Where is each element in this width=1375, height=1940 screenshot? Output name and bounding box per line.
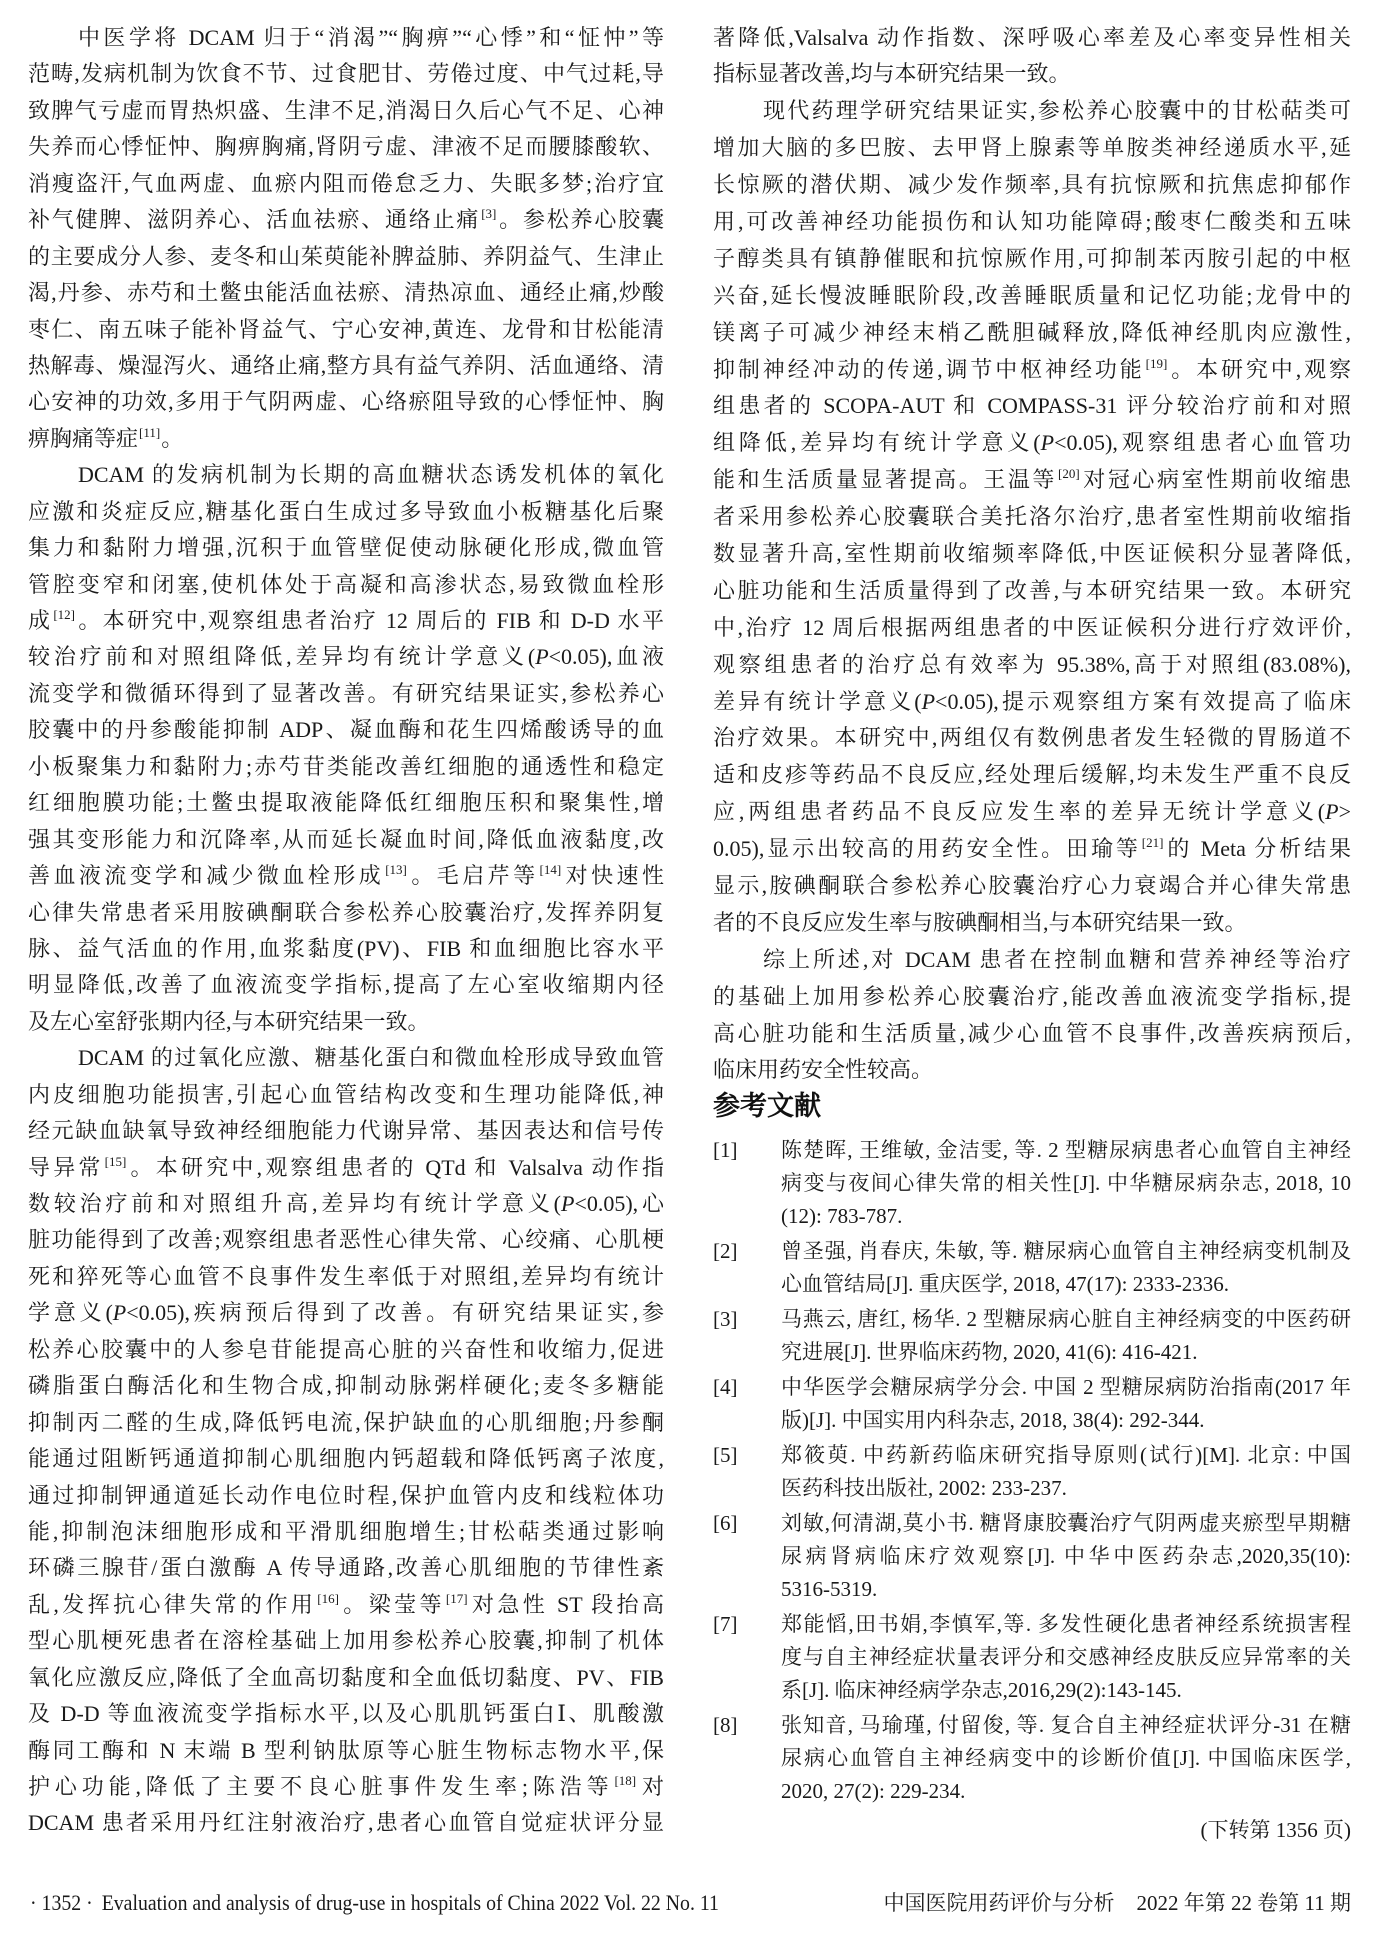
text-line: 热解毒、燥湿泻火、通络止痛,整方具有益气养阴、活血通络、清 <box>28 348 664 384</box>
text-line: 强其变形能力和沉降率,从而延长凝血时间,降低血液黏度,改 <box>28 822 664 858</box>
text-line: 善血液流变学和减少微血栓形成[13]。毛启芹等[14]对快速性 <box>28 858 664 894</box>
text-line: 中医学将 DCAM 归于“消渴”“胸痹”“心悸”和“怔忡”等 <box>28 20 664 56</box>
reference-line: 刘敏,何清湖,莫小书. 糖肾康胶囊治疗气阴两虚夹瘀型早期糖 <box>781 1507 1351 1540</box>
text-line: 失养而心悸怔忡、胸痹胸痛,肾阴亏虚、津液不足而腰膝酸软、 <box>28 129 664 165</box>
reference-item: [7]郑能慆,田书娟,李慎军,等. 多发性硬化患者神经系统损害程度与自主神经症状… <box>713 1608 1351 1707</box>
text-line: 心安神的功效,多用于气阴两虚、心络瘀阻导致的心悸怔忡、胸 <box>28 384 664 420</box>
reference-line: 病变与夜间心律失常的相关性[J]. 中华糖尿病杂志, 2018, 10 <box>781 1167 1351 1200</box>
reference-line: 医药科技出版社, 2002: 233-237. <box>781 1472 1351 1505</box>
text-line: 指标显著改善,均与本研究结果一致。 <box>713 56 1351 93</box>
reference-text: 郑能慆,田书娟,李慎军,等. 多发性硬化患者神经系统损害程度与自主神经症状量表评… <box>781 1608 1351 1707</box>
text-line: 现代药理学研究结果证实,参松养心胶囊中的甘松萜类可 <box>713 93 1351 130</box>
reference-item: [6]刘敏,何清湖,莫小书. 糖肾康胶囊治疗气阴两虚夹瘀型早期糖尿病肾病临床疗效… <box>713 1507 1351 1606</box>
text-line: 能通过阻断钙通道抑制心肌细胞内钙超载和降低钙离子浓度, <box>28 1441 664 1477</box>
text-line: 长惊厥的潜伏期、减少发作频率,具有抗惊厥和抗焦虑抑郁作 <box>713 167 1351 204</box>
reference-label: [3] <box>713 1303 738 1336</box>
citation-superscript: [16] <box>317 1591 339 1606</box>
reference-line: 马燕云, 唐红, 杨华. 2 型糖尿病心脏自主神经病变的中医药研 <box>781 1303 1351 1336</box>
citation-superscript: [19] <box>1146 356 1168 371</box>
text-line: 集力和黏附力增强,沉积于血管壁促使动脉硬化形成,微血管 <box>28 530 664 566</box>
reference-line: 郑筱萸. 中药新药临床研究指导原则(试行)[M]. 北京: 中国 <box>781 1439 1351 1472</box>
text-line: 观察组患者的治疗总有效率为 95.38%,高于对照组(83.08%), <box>713 647 1351 684</box>
text-line: 及左心室舒张期内径,与本研究结果一致。 <box>28 1004 664 1040</box>
reference-item: [8]张知音, 马瑜瑾, 付留俊, 等. 复合自主神经症状评分-31 在糖尿病心… <box>713 1709 1351 1808</box>
citation-superscript: [20] <box>1058 466 1080 481</box>
italic-variable: P <box>1041 430 1054 455</box>
text-line: 综上所述,对 DCAM 患者在控制血糖和营养神经等治疗 <box>713 942 1351 979</box>
reference-item: [4]中华医学会糖尿病学分会. 中国 2 型糖尿病防治指南(2017 年版)[J… <box>713 1371 1351 1437</box>
italic-variable: P <box>922 689 935 714</box>
citation-superscript: [12] <box>53 607 75 622</box>
paragraph: DCAM 的发病机制为长期的高血糖状态诱发机体的氧化应激和炎症反应,糖基化蛋白生… <box>28 457 664 1040</box>
text-line: 学意义(P<0.05),疾病预后得到了改善。有研究结果证实,参 <box>28 1295 664 1331</box>
footer-right: 中国医院用药评价与分析2022 年第 22 卷第 11 期 <box>884 1889 1351 1917</box>
text-line: 数显著升高,室性期前收缩频率降低,中医证候积分显著降低, <box>713 536 1351 573</box>
paragraph: 现代药理学研究结果证实,参松养心胶囊中的甘松萜类可增加大脑的多巴胺、去甲肾上腺素… <box>713 93 1351 941</box>
reference-line: 系[J]. 临床神经病学杂志,2016,29(2):143-145. <box>781 1674 1351 1707</box>
reference-line: 郑能慆,田书娟,李慎军,等. 多发性硬化患者神经系统损害程 <box>781 1608 1351 1641</box>
reference-line: 2020, 27(2): 229-234. <box>781 1775 1351 1808</box>
reference-item: [5]郑筱萸. 中药新药临床研究指导原则(试行)[M]. 北京: 中国医药科技出… <box>713 1439 1351 1505</box>
reference-line: 张知音, 马瑜瑾, 付留俊, 等. 复合自主神经症状评分-31 在糖 <box>781 1709 1351 1742</box>
reference-label: [8] <box>713 1709 738 1742</box>
right-column: 著降低,Valsalva 动作指数、深呼吸心率差及心率变异性相关指标显著改善,均… <box>713 20 1351 1090</box>
reference-text: 张知音, 马瑜瑾, 付留俊, 等. 复合自主神经症状评分-31 在糖尿病心血管自… <box>781 1709 1351 1808</box>
left-column: 中医学将 DCAM 归于“消渴”“胸痹”“心悸”和“怔忡”等范畴,发病机制为饮食… <box>28 20 664 1842</box>
text-line: 经元缺血缺氧导致神经细胞能力代谢异常、基因表达和信号传 <box>28 1113 664 1149</box>
text-line: 临床用药安全性较高。 <box>713 1052 1351 1089</box>
reference-text: 刘敏,何清湖,莫小书. 糖肾康胶囊治疗气阴两虚夹瘀型早期糖尿病肾病临床疗效观察[… <box>781 1507 1351 1606</box>
text-line: DCAM 的过氧化应激、糖基化蛋白和微血栓形成导致血管 <box>28 1040 664 1076</box>
citation-superscript: [21] <box>1142 835 1164 850</box>
text-line: 脉、益气活血的作用,血浆黏度(PV)、FIB 和血细胞比容水平 <box>28 931 664 967</box>
text-line: 用,可改善神经功能损伤和认知功能障碍;酸枣仁酸类和五味 <box>713 204 1351 241</box>
text-line: 氧化应激反应,降低了全血高切黏度和全血低切黏度、PV、FIB <box>28 1660 664 1696</box>
text-line: 应,两组患者药品不良反应发生率的差异无统计学意义(P> <box>713 794 1351 831</box>
text-line: 数较治疗前和对照组升高,差异均有统计学意义(P<0.05),心 <box>28 1186 664 1222</box>
text-line: 枣仁、南五味子能补肾益气、宁心安神,黄连、龙骨和甘松能清 <box>28 312 664 348</box>
text-line: 心脏功能和生活质量得到了改善,与本研究结果一致。本研究 <box>713 573 1351 610</box>
italic-variable: P <box>561 1191 574 1216</box>
text-line: 显示,胺碘酮联合参松养心胶囊治疗心力衰竭合并心律失常患 <box>713 868 1351 905</box>
reference-item: [3]马燕云, 唐红, 杨华. 2 型糖尿病心脏自主神经病变的中医药研究进展[J… <box>713 1303 1351 1369</box>
text-line: 导异常[15]。本研究中,观察组患者的 QTd 和 Valsalva 动作指 <box>28 1150 664 1186</box>
text-line: 渴,丹参、赤芍和土鳖虫能活血祛瘀、清热凉血、通经止痛,炒酸 <box>28 275 664 311</box>
text-line: 组降低,差异均有统计学意义(P<0.05),观察组患者心血管功 <box>713 425 1351 462</box>
reference-text: 曾圣强, 肖春庆, 朱敏, 等. 糖尿病心血管自主神经病变机制及心血管结局[J]… <box>781 1235 1351 1301</box>
text-line: 抑制神经冲动的传递,调节中枢神经功能[19]。本研究中,观察 <box>713 352 1351 389</box>
reference-line: 心血管结局[J]. 重庆医学, 2018, 47(17): 2333-2336. <box>781 1268 1351 1301</box>
text-line: 通过抑制钾通道延长动作电位时程,保护血管内皮和线粒体功 <box>28 1478 664 1514</box>
text-line: 能和生活质量显著提高。王温等[20]对冠心病室性期前收缩患 <box>713 462 1351 499</box>
text-line: DCAM 患者采用丹红注射液治疗,患者心血管自觉症状评分显 <box>28 1805 664 1841</box>
journal-chinese-title: 中国医院用药评价与分析 <box>884 1891 1115 1915</box>
page-number: · 1352 · <box>30 1890 93 1915</box>
text-line: 小板聚集力和黏附力;赤芍苷类能改善红细胞的通透性和稳定 <box>28 749 664 785</box>
reference-label: [1] <box>713 1134 738 1167</box>
reference-text: 郑筱萸. 中药新药临床研究指导原则(试行)[M]. 北京: 中国医药科技出版社,… <box>781 1439 1351 1505</box>
citation-superscript: [13] <box>385 862 407 877</box>
text-line: 高心脏功能和生活质量,减少心血管不良事件,改善疾病预后, <box>713 1016 1351 1053</box>
text-line: 及 D-D 等血液流变学指标水平,以及心肌肌钙蛋白Ⅰ、肌酸激 <box>28 1696 664 1732</box>
text-line: 兴奋,延长慢波睡眠阶段,改善睡眠质量和记忆功能;龙骨中的 <box>713 278 1351 315</box>
paragraph: 著降低,Valsalva 动作指数、深呼吸心率差及心率变异性相关指标显著改善,均… <box>713 20 1351 94</box>
text-line: 痹胸痛等症[11]。 <box>28 421 664 457</box>
reference-item: [2]曾圣强, 肖春庆, 朱敏, 等. 糖尿病心血管自主神经病变机制及心血管结局… <box>713 1235 1351 1301</box>
reference-label: [4] <box>713 1371 738 1404</box>
reference-line: 5316-5319. <box>781 1573 1351 1606</box>
issue-info: 2022 年第 22 卷第 11 期 <box>1137 1891 1351 1915</box>
text-line: 者采用参松养心胶囊联合美托洛尔治疗,患者室性期前收缩指 <box>713 499 1351 536</box>
text-line: 镁离子可减少神经末梢乙酰胆碱释放,降低神经肌肉应激性, <box>713 315 1351 352</box>
text-line: 适和皮疹等药品不良反应,经处理后缓解,均未发生严重不良反 <box>713 757 1351 794</box>
text-line: 子醇类具有镇静催眠和抗惊厥作用,可抑制苯丙胺引起的中枢 <box>713 241 1351 278</box>
italic-variable: P <box>113 1300 126 1325</box>
reference-line: 中华医学会糖尿病学分会. 中国 2 型糖尿病防治指南(2017 年 <box>781 1371 1351 1404</box>
text-line: 差异有统计学意义(P<0.05),提示观察组方案有效提高了临床 <box>713 684 1351 721</box>
text-line: 成[12]。本研究中,观察组患者治疗 12 周后的 FIB 和 D-D 水平 <box>28 603 664 639</box>
text-line: 乱,发挥抗心律失常的作用[16]。梁莹等[17]对急性 ST 段抬高 <box>28 1587 664 1623</box>
text-line: 红细胞膜功能;土鳖虫提取液能降低红细胞压积和聚集性,增 <box>28 785 664 821</box>
paragraph: 综上所述,对 DCAM 患者在控制血糖和营养神经等治疗的基础上加用参松养心胶囊治… <box>713 942 1351 1090</box>
text-line: 环磷三腺苷/蛋白激酶 A 传导通路,改善心肌细胞的节律性紊 <box>28 1550 664 1586</box>
journal-english-title: Evaluation and analysis of drug-use in h… <box>102 1890 719 1915</box>
citation-superscript: [3] <box>481 206 496 221</box>
references-heading: 参考文献 <box>713 1089 821 1125</box>
references-list: [1]陈楚晖, 王维敏, 金洁雯, 等. 2 型糖尿病患者心血管自主神经病变与夜… <box>713 1134 1351 1810</box>
reference-line: 曾圣强, 肖春庆, 朱敏, 等. 糖尿病心血管自主神经病变机制及 <box>781 1235 1351 1268</box>
text-line: 型心肌梗死患者在溶栓基础上加用参松养心胶囊,抑制了机体 <box>28 1623 664 1659</box>
text-line: 内皮细胞功能损害,引起心血管结构改变和生理功能降低,神 <box>28 1077 664 1113</box>
text-line: 能,抑制泡沫细胞形成和平滑肌细胞增生;甘松萜类通过影响 <box>28 1514 664 1550</box>
footer-left: · 1352 ·Evaluation and analysis of drug-… <box>30 1889 719 1917</box>
citation-superscript: [11] <box>139 425 160 440</box>
text-line: 中,治疗 12 周后根据两组患者的中医证候积分进行疗效评价, <box>713 610 1351 647</box>
citation-superscript: [14] <box>540 862 562 877</box>
paragraph: 中医学将 DCAM 归于“消渴”“胸痹”“心悸”和“怔忡”等范畴,发病机制为饮食… <box>28 20 664 457</box>
text-line: 松养心胶囊中的人参皂苷能提高心脏的兴奋性和收缩力,促进 <box>28 1332 664 1368</box>
text-line: 心律失常患者采用胺碘酮联合参松养心胶囊治疗,发挥养阴复 <box>28 895 664 931</box>
text-line: 死和猝死等心血管不良事件发生率低于对照组,差异均有统计 <box>28 1259 664 1295</box>
text-line: 护心功能,降低了主要不良心脏事件发生率;陈浩等[18]对 <box>28 1769 664 1805</box>
text-line: 消瘦盗汗,气血两虚、血瘀内阻而倦怠乏力、失眠多梦;治疗宜 <box>28 166 664 202</box>
text-line: 治疗效果。本研究中,两组仅有数例患者发生轻微的胃肠道不 <box>713 720 1351 757</box>
citation-superscript: [18] <box>614 1773 636 1788</box>
text-line: 明显降低,改善了血液流变学指标,提高了左心室收缩期内径 <box>28 967 664 1003</box>
citation-superscript: [17] <box>446 1591 468 1606</box>
text-line: 补气健脾、滋阴养心、活血祛瘀、通络止痛[3]。参松养心胶囊 <box>28 202 664 238</box>
reference-line: 度与自主神经症状量表评分和交感神经皮肤反应异常率的关 <box>781 1641 1351 1674</box>
reference-line: 究进展[J]. 世界临床药物, 2020, 41(6): 416-421. <box>781 1336 1351 1369</box>
text-line: 组患者的 SCOPA-AUT 和 COMPASS-31 评分较治疗前和对照 <box>713 388 1351 425</box>
text-line: 增加大脑的多巴胺、去甲肾上腺素等单胺类神经递质水平,延 <box>713 130 1351 167</box>
italic-variable: P <box>535 644 548 669</box>
text-line: 者的不良反应发生率与胺碘酮相当,与本研究结果一致。 <box>713 905 1351 942</box>
reference-line: (12): 783-787. <box>781 1200 1351 1233</box>
text-line: 应激和炎症反应,糖基化蛋白生成过多导致血小板糖基化后聚 <box>28 494 664 530</box>
reference-line: 尿病肾病临床疗效观察[J]. 中华中医药杂志,2020,35(10): <box>781 1540 1351 1573</box>
reference-label: [6] <box>713 1507 738 1540</box>
continuation-note: (下转第 1356 页) <box>1201 1813 1352 1847</box>
citation-superscript: [15] <box>105 1154 127 1169</box>
text-line: 的主要成分人参、麦冬和山茱萸能补脾益肺、养阴益气、生津止 <box>28 239 664 275</box>
text-line: 胶囊中的丹参酸能抑制 ADP、凝血酶和花生四烯酸诱导的血 <box>28 712 664 748</box>
text-line: DCAM 的发病机制为长期的高血糖状态诱发机体的氧化 <box>28 457 664 493</box>
text-line: 范畴,发病机制为饮食不节、过食肥甘、劳倦过度、中气过耗,导 <box>28 56 664 92</box>
text-line: 的基础上加用参松养心胶囊治疗,能改善血液流变学指标,提 <box>713 979 1351 1016</box>
reference-line: 版)[J]. 中国实用内科杂志, 2018, 38(4): 292-344. <box>781 1404 1351 1437</box>
reference-item: [1]陈楚晖, 王维敏, 金洁雯, 等. 2 型糖尿病患者心血管自主神经病变与夜… <box>713 1134 1351 1233</box>
text-line: 管腔变窄和闭塞,使机体处于高凝和高渗状态,易致微血栓形 <box>28 567 664 603</box>
text-line: 酶同工酶和 N 末端 B 型利钠肽原等心脏生物标志物水平,保 <box>28 1733 664 1769</box>
text-line: 流变学和微循环得到了显著改善。有研究结果证实,参松养心 <box>28 676 664 712</box>
reference-line: 陈楚晖, 王维敏, 金洁雯, 等. 2 型糖尿病患者心血管自主神经 <box>781 1134 1351 1167</box>
text-line: 磷脂蛋白酶活化和生物合成,抑制动脉粥样硬化;麦冬多糖能 <box>28 1368 664 1404</box>
reference-label: [5] <box>713 1439 738 1472</box>
reference-label: [7] <box>713 1608 738 1641</box>
text-line: 0.05),显示出较高的用药安全性。田瑜等[21]的 Meta 分析结果 <box>713 831 1351 868</box>
text-line: 抑制丙二醛的生成,降低钙电流,保护缺血的心肌细胞;丹参酮 <box>28 1405 664 1441</box>
reference-text: 中华医学会糖尿病学分会. 中国 2 型糖尿病防治指南(2017 年版)[J]. … <box>781 1371 1351 1437</box>
text-line: 著降低,Valsalva 动作指数、深呼吸心率差及心率变异性相关 <box>713 20 1351 57</box>
reference-label: [2] <box>713 1235 738 1268</box>
reference-text: 陈楚晖, 王维敏, 金洁雯, 等. 2 型糖尿病患者心血管自主神经病变与夜间心律… <box>781 1134 1351 1233</box>
text-line: 致脾气亏虚而胃热炽盛、生津不足,消渴日久后心气不足、心神 <box>28 93 664 129</box>
reference-text: 马燕云, 唐红, 杨华. 2 型糖尿病心脏自主神经病变的中医药研究进展[J]. … <box>781 1303 1351 1369</box>
paragraph: DCAM 的过氧化应激、糖基化蛋白和微血栓形成导致血管内皮细胞功能损害,引起心血… <box>28 1040 664 1842</box>
italic-variable: P <box>1325 799 1338 824</box>
text-line: 较治疗前和对照组降低,差异均有统计学意义(P<0.05),血液 <box>28 639 664 675</box>
text-line: 脏功能得到了改善;观察组患者恶性心律失常、心绞痛、心肌梗 <box>28 1222 664 1258</box>
reference-line: 尿病心血管自主神经病变中的诊断价值[J]. 中国临床医学, <box>781 1742 1351 1775</box>
